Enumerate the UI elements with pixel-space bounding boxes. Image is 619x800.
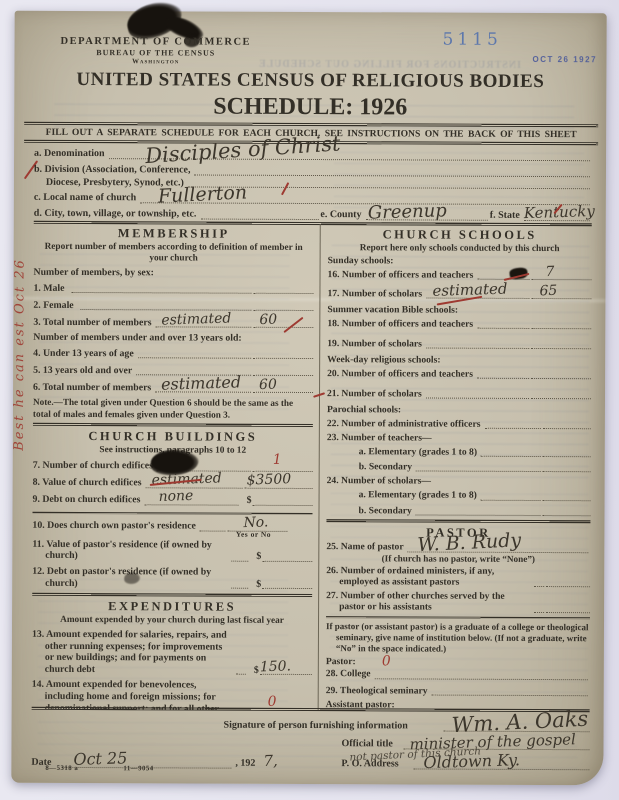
q4-row: 4. Under 13 years of age <box>33 346 313 360</box>
dotted-leader <box>484 419 540 429</box>
q26-answer-blank <box>546 575 590 587</box>
dotted-leader: estimated <box>426 289 529 299</box>
dotted-leader: Greenup <box>366 210 488 221</box>
q10-label: 10. Does church own pastor's residence <box>32 520 196 532</box>
local-name-value: Fullerton <box>158 181 248 208</box>
q23a-row: a. Elementary (grades 1 to 8) <box>327 444 591 458</box>
right-column: CHURCH SCHOOLS Report here only schools … <box>319 224 592 711</box>
q13-answer: 150. <box>260 663 312 675</box>
q23-row: 23. Number of teachers— <box>327 432 591 444</box>
q12-row: 12. Debt on pastor's residence (if owned… <box>32 566 312 590</box>
q26-label: 26. Number of ordained ministers, if any… <box>326 565 530 589</box>
q17-label: 17. Number of scholars <box>327 288 422 300</box>
q26-row: 26. Number of ordained ministers, if any… <box>326 565 590 589</box>
q20-row: 20. Number of officers and teachers <box>327 366 591 380</box>
q8-answer: $3500 <box>245 477 313 489</box>
q25-label: 25. Name of pastor <box>326 541 403 553</box>
q3-label: 3. Total number of members <box>33 317 151 329</box>
dotted-leader: estimated <box>146 478 243 488</box>
q13-label: 13. Amount expended for salaries, repair… <box>32 629 232 676</box>
dotted-leader <box>416 462 541 473</box>
members-by-age-header: Number of members under and over 13 year… <box>33 332 313 344</box>
washington-line: Washington <box>60 58 251 67</box>
weekday-schools-header: Week-day religious schools: <box>327 354 591 366</box>
dotted-leader <box>432 686 588 697</box>
census-form-paper: INSTRUCTIONS FOR FILLING OUT SCHEDULE DE… <box>11 11 606 786</box>
q23-label: 23. Number of teachers— <box>327 432 432 444</box>
q6-label: 6. Total number of members <box>33 382 151 394</box>
dotted-leader <box>188 178 590 190</box>
q5-answer-blank <box>253 364 313 376</box>
q8-value: $3500 <box>246 472 291 490</box>
field-local-name: c. Local name of church Fullerton <box>34 192 592 206</box>
dotted-leader <box>200 210 318 221</box>
year-written: 7, <box>263 752 278 770</box>
expenditures-subtitle: Amount expended by your church during la… <box>40 615 304 627</box>
q3-row: 3. Total number of members estimated 60 <box>33 315 313 329</box>
q2-row: 2. Female <box>33 298 313 312</box>
q3-value: 60 <box>259 311 277 328</box>
dotted-leader <box>416 506 541 517</box>
q23b-label: b. Secondary <box>327 461 412 473</box>
q7-label: 7. Number of church edifices <box>33 460 153 472</box>
dotted-leader <box>231 552 248 562</box>
q8-label: 8. Value of church edifices <box>33 477 142 489</box>
dotted-leader <box>81 300 252 311</box>
field-city-county-state: d. City, town, village, or township, etc… <box>34 208 592 222</box>
q21-row: 21. Number of scholars <box>327 386 591 400</box>
pastor-subheader: Pastor: 0 <box>326 657 590 669</box>
dotted-leader <box>194 165 590 177</box>
q2-label: 2. Female <box>33 300 77 312</box>
dollar-sign: $ <box>247 495 252 507</box>
received-date-stamp: OCT 26 1927 <box>532 55 597 64</box>
q29-row: 29. Theological seminary <box>326 685 590 697</box>
q23b-row: b. Secondary <box>327 460 591 474</box>
dotted-leader: estimated <box>155 383 251 393</box>
membership-subtitle: Report number of members according to de… <box>42 242 306 265</box>
pastor-red-zero: 0 <box>382 654 391 670</box>
dotted-leader: estimated <box>156 318 252 328</box>
q29-label: 29. Theological seminary <box>326 685 428 697</box>
q13-value: 150. <box>260 658 292 675</box>
q6-written-note: estimated <box>161 374 242 395</box>
q23a-answer-blank <box>543 445 591 457</box>
dotted-leader <box>426 339 529 349</box>
q10-answer: No. Yes or No <box>228 520 288 532</box>
q25-value: W. B. Rudy <box>417 529 522 556</box>
identification-section: a. Denomination Disciples of Christ b. D… <box>34 145 592 226</box>
q20-label: 20. Number of officers and teachers <box>327 368 473 380</box>
serial-number-stamp: 5115 <box>443 30 502 50</box>
parochial-schools-header: Parochial schools: <box>327 404 591 416</box>
signature-label: Signature of person furnishing informati… <box>224 720 408 732</box>
q24b-row: b. Secondary <box>326 503 590 517</box>
section-divider <box>33 423 313 427</box>
form-code-2: 11—9054 <box>123 765 153 772</box>
q16-value: 7 <box>545 264 554 281</box>
thin-divider <box>326 616 590 619</box>
q6-answer: 60 <box>253 381 313 393</box>
q17-answer: 65 <box>531 287 591 299</box>
section-divider <box>326 519 590 523</box>
q28-label: 28. College <box>326 669 371 681</box>
q2-answer-blank <box>253 299 313 311</box>
yes-or-no-caption: Yes or No <box>236 531 271 540</box>
red-check <box>283 317 303 333</box>
date-address-row: Date Oct 25 , 192 7, P. O. Address Oldto… <box>31 750 589 772</box>
q24a-label: a. Elementary (grades 1 to 8) <box>327 490 477 502</box>
dotted-leader <box>534 577 544 587</box>
margin-annotation: Best he can est Oct 26 <box>12 161 28 451</box>
q24-label: 24. Number of scholars— <box>327 476 431 488</box>
church-buildings-subtitle: See instructions, paragraphs 10 to 12 <box>41 445 305 457</box>
q17-value: 65 <box>539 282 557 299</box>
q9-answer-blank <box>253 494 313 506</box>
dotted-leader: Kentucky <box>524 211 590 221</box>
dotted-leader <box>375 669 588 680</box>
q3-answer: 60 <box>253 316 313 328</box>
q7-value: 1 <box>272 452 281 469</box>
q1-row: 1. Male <box>33 281 313 295</box>
city-label: d. City, town, village, or township, etc… <box>34 208 197 221</box>
department-line: DEPARTMENT OF COMMERCE <box>61 35 252 49</box>
dotted-leader <box>477 319 529 329</box>
left-column: MEMBERSHIP Report number of members acco… <box>32 223 320 710</box>
scanned-document-page: { "hdr": { "agency1": "DEPARTMENT OF COM… <box>0 0 619 800</box>
dotted-leader <box>72 283 252 294</box>
q4-label: 4. Under 13 years of age <box>33 348 134 360</box>
church-schools-title: CHURCH SCHOOLS <box>328 227 592 243</box>
q9-row: 9. Debt on church edifices none $ <box>33 493 313 507</box>
pastor-subheader-label: Pastor: <box>326 657 356 668</box>
q16-answer: 7 <box>532 268 592 280</box>
q25-row: 25. Name of pastor W. B. Rudy <box>326 541 590 553</box>
q24b-answer-blank <box>542 504 590 516</box>
members-by-sex-header: Number of members, by sex: <box>34 267 314 279</box>
form-schedule-title: SCHEDULE: 1926 <box>14 93 606 123</box>
dotted-leader <box>477 270 529 280</box>
q19-answer-blank <box>531 337 591 349</box>
dotted-leader <box>477 369 529 379</box>
dollar-sign: $ <box>254 665 259 677</box>
q1-label: 1. Male <box>33 283 67 295</box>
state-label: f. State <box>490 210 520 222</box>
q18-row: 18. Number of officers and teachers <box>327 316 591 330</box>
q19-row: 19. Number of scholars <box>327 336 591 350</box>
county-value: Greenup <box>367 200 447 224</box>
local-name-label: c. Local name of church <box>34 192 136 204</box>
dotted-leader: none <box>144 495 238 505</box>
church-buildings-title: CHURCH BUILDINGS <box>33 429 313 445</box>
summer-schools-header: Summer vacation Bible schools: <box>327 304 591 316</box>
q12-label: 12. Debt on pastor's residence (if owned… <box>32 566 227 590</box>
form-code-1: 8—5318 a <box>45 765 78 772</box>
q9-written-note: none <box>158 488 193 506</box>
po-address-value: Oldtown Ky. <box>423 750 520 772</box>
q24a-row: a. Elementary (grades 1 to 8) <box>327 488 591 502</box>
q22-row: 22. Number of administrative officers <box>327 416 591 430</box>
q24b-label: b. Secondary <box>326 505 411 517</box>
official-title-label: Official title <box>341 738 392 749</box>
membership-title: MEMBERSHIP <box>34 226 314 242</box>
dotted-leader: W. B. Rudy <box>408 542 589 553</box>
thin-divider <box>32 512 312 515</box>
q4-answer-blank <box>253 347 313 359</box>
q16-row: 16. Number of officers and teachers 7 <box>328 267 592 281</box>
field-division-line2: Diocese, Presbytery, Synod, etc.) <box>34 176 592 190</box>
division-label-1: b. Division (Association, Conference, <box>34 164 191 176</box>
graduate-instruction: If pastor (or assistant pastor) is a gra… <box>326 621 590 655</box>
q9-label: 9. Debt on church edifices <box>33 494 141 506</box>
denomination-label: a. Denomination <box>34 148 105 160</box>
form-body-columns: MEMBERSHIP Report number of members acco… <box>32 223 592 711</box>
dollar-sign: $ <box>256 551 261 563</box>
q24-row: 24. Number of scholars— <box>327 476 591 488</box>
q11-row: 11. Value of pastor's residence (if owne… <box>32 539 312 563</box>
form-title: UNITED STATES CENSUS OF RELIGIOUS BODIES <box>14 69 606 94</box>
q22-label: 22. Number of administrative officers <box>327 418 481 430</box>
agency-block: DEPARTMENT OF COMMERCE BUREAU OF THE CEN… <box>60 35 251 67</box>
q6-value: 60 <box>259 376 277 393</box>
dotted-leader <box>231 579 248 589</box>
dotted-leader <box>481 447 541 457</box>
dotted-leader <box>481 491 541 501</box>
section-divider <box>32 593 312 597</box>
q10-row: 10. Does church own pastor's residence N… <box>32 519 312 533</box>
q18-answer-blank <box>531 317 591 329</box>
q23a-label: a. Elementary (grades 1 to 8) <box>327 446 477 458</box>
expenditures-title: EXPENDITURES <box>32 599 312 615</box>
q16-label: 16. Number of officers and teachers <box>328 269 474 281</box>
q27-label: 27. Number of other churches served by t… <box>326 590 530 614</box>
q5-label: 5. 13 years old and over <box>33 365 132 377</box>
year-printed: , 192 <box>235 758 255 769</box>
q20-answer-blank <box>531 367 591 379</box>
q3-written-note: estimated <box>161 310 232 329</box>
signature-row: Signature of person furnishing informati… <box>32 714 590 734</box>
dotted-leader <box>138 349 252 359</box>
field-division-line1: b. Division (Association, Conference, <box>34 164 592 178</box>
membership-note: Note.—The total given under Question 6 s… <box>33 397 313 421</box>
q11-label: 11. Value of pastor's residence (if owne… <box>32 539 227 563</box>
q19-label: 19. Number of scholars <box>327 338 422 350</box>
q7-answer: 1 <box>253 460 313 472</box>
dotted-leader <box>236 665 246 675</box>
q11-answer-blank <box>262 550 312 562</box>
field-denomination: a. Denomination Disciples of Christ <box>34 148 592 162</box>
q6-row: 6. Total number of members estimated 60 <box>33 380 313 394</box>
q18-label: 18. Number of officers and teachers <box>327 318 473 330</box>
q12-answer-blank <box>262 577 312 589</box>
q22-answer-blank <box>543 417 591 429</box>
q28-row: 28. College <box>326 669 590 681</box>
date-value: Oct 25 <box>73 748 128 769</box>
q13-row: 13. Amount expended for salaries, repair… <box>32 629 312 676</box>
dollar-sign: $ <box>256 578 261 590</box>
q21-label: 21. Number of scholars <box>327 388 422 400</box>
q21-answer-blank <box>531 387 591 399</box>
q1-answer-blank <box>253 282 313 294</box>
dotted-leader: Fullerton <box>140 193 590 205</box>
dotted-leader <box>534 603 544 613</box>
q17-row: 17. Number of scholars estimated 65 <box>327 286 591 300</box>
county-label: e. County <box>320 209 361 221</box>
dotted-leader <box>426 389 529 399</box>
q27-answer-blank <box>546 601 590 613</box>
dotted-leader <box>200 521 226 531</box>
q23b-answer-blank <box>543 460 591 472</box>
q27-row: 27. Number of other churches served by t… <box>326 590 590 614</box>
po-address-label: P. O. Address <box>341 758 398 769</box>
signature-section: Signature of person furnishing informati… <box>31 707 589 772</box>
church-schools-subtitle: Report here only schools conducted by th… <box>336 243 584 255</box>
q24a-answer-blank <box>543 489 591 501</box>
dotted-leader: Disciples of Christ <box>109 149 590 161</box>
